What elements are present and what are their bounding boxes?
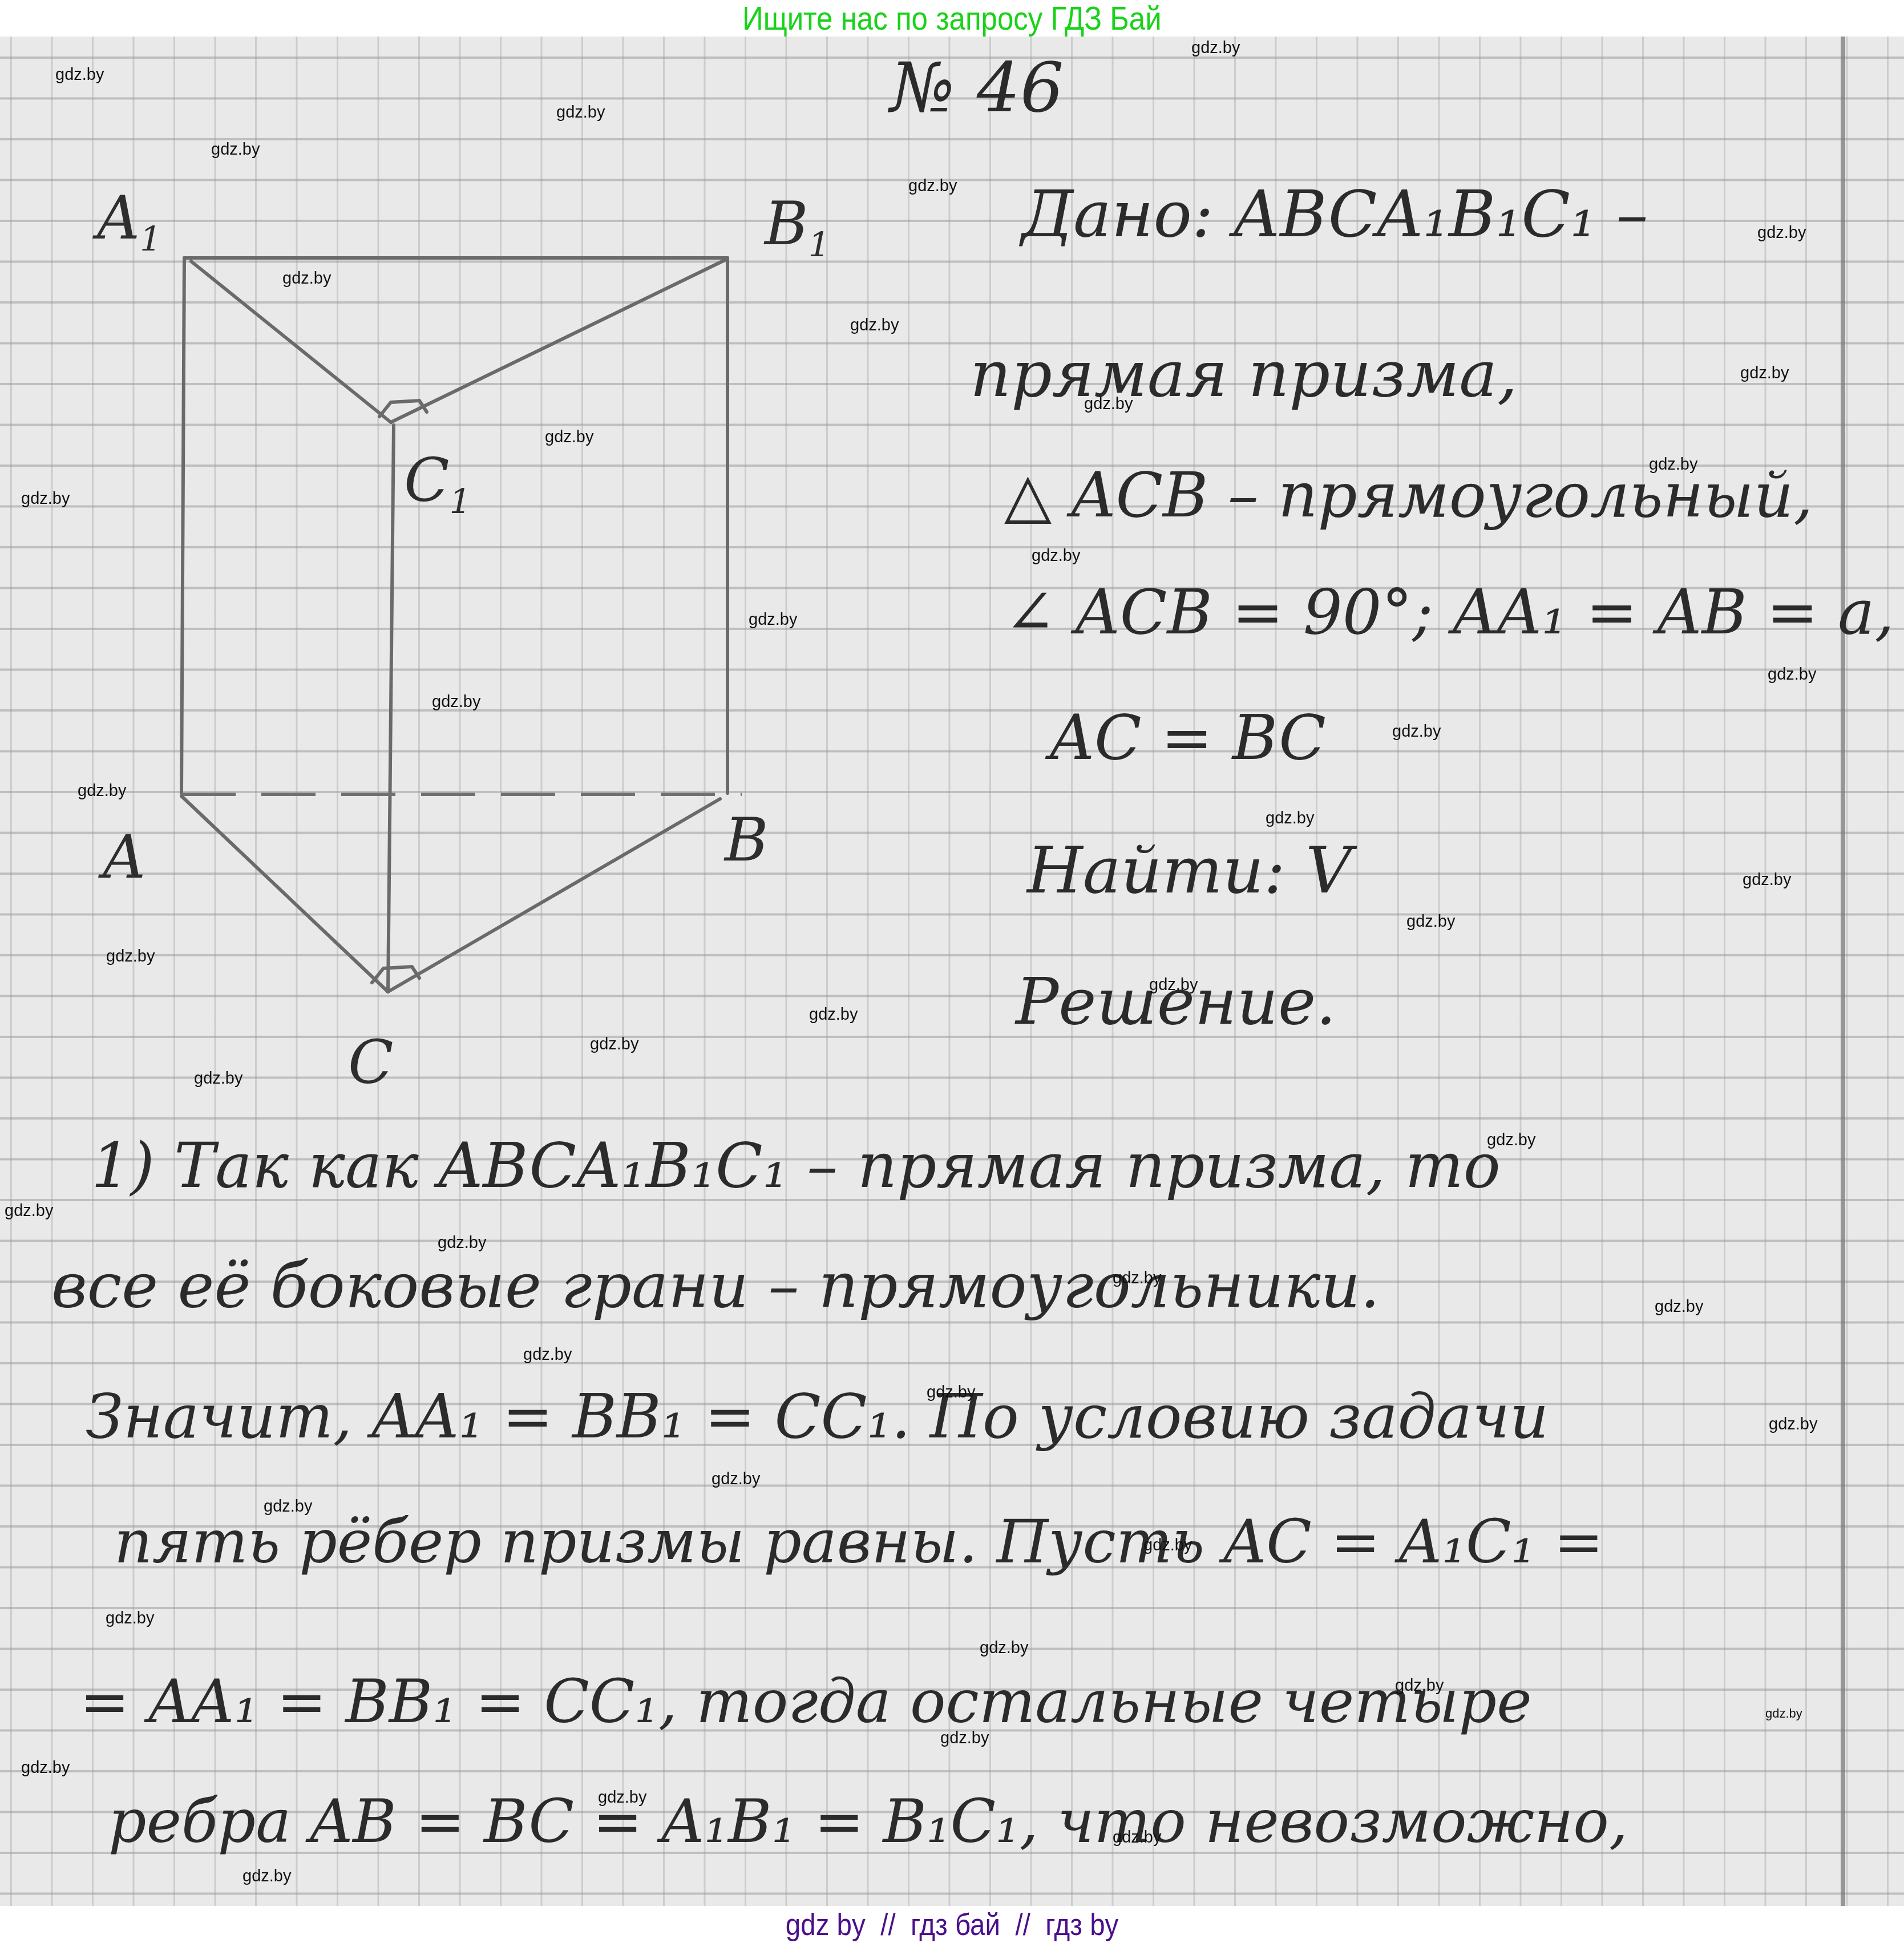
watermark: gdz.by (264, 1498, 312, 1515)
watermark: gdz.by (21, 1760, 70, 1776)
watermark: gdz.by (1649, 457, 1697, 473)
watermark: gdz.by (211, 142, 260, 158)
watermark: gdz.by (749, 612, 797, 628)
solution-line-3: Значит, AA₁ = BB₁ = CC₁. По условию зада… (86, 1387, 1549, 1447)
watermark: gdz.by (106, 1610, 154, 1627)
watermark: gdz.by (598, 1790, 646, 1806)
solution-line-2: все её боковые грани – прямоугольники. (51, 1255, 1380, 1317)
watermark: gdz.by (5, 1203, 53, 1219)
watermark: gdz.by (1765, 1707, 1802, 1720)
watermark: gdz.by (242, 1868, 291, 1885)
watermark: gdz.by (712, 1471, 760, 1488)
watermark: gdz.by (523, 1347, 572, 1363)
edge-aa1 (181, 258, 184, 793)
solution-line-6: ребра AB = BC = A₁B₁ = B₁C₁, что невозмо… (108, 1792, 1628, 1851)
watermark: gdz.by (1392, 724, 1441, 740)
watermark: gdz.by (1395, 1678, 1444, 1694)
watermark: gdz.by (1757, 225, 1806, 241)
given-line-3: △ ACB – прямоугольный, (1004, 465, 1813, 527)
watermark: gdz.by (927, 1384, 975, 1401)
watermark: gdz.by (980, 1640, 1028, 1657)
watermark: gdz.by (556, 104, 605, 121)
given-line-4: ∠ ACB = 90°; AA₁ = AB = a, (1004, 582, 1894, 644)
footer-links[interactable]: gdz by // гдз бай // гдз by (786, 1907, 1119, 1942)
solution-line-5: = AA₁ = BB₁ = CC₁, тогда остальные четыр… (80, 1672, 1532, 1731)
vertex-label-a: A (103, 827, 145, 887)
watermark: gdz.by (1113, 1829, 1161, 1846)
watermark: gdz.by (1113, 1270, 1161, 1287)
watermark: gdz.by (809, 1007, 858, 1023)
watermark: gdz.by (55, 67, 104, 83)
right-angle-mark-c (372, 967, 419, 983)
watermark: gdz.by (1743, 872, 1791, 888)
given-line-2: прямая призма, (970, 342, 1518, 406)
watermark: gdz.by (1032, 548, 1080, 564)
watermark: gdz.by (438, 1235, 486, 1251)
watermark: gdz.by (1266, 810, 1314, 827)
vertex-label-b1: B1 (765, 194, 830, 262)
watermark: gdz.by (1655, 1299, 1703, 1315)
site-footer: gdz by // гдз бай // гдз by (0, 1906, 1904, 1943)
vertex-label-c: C (348, 1033, 394, 1092)
vertex-label-a1: A1 (97, 188, 161, 257)
edge-bc (388, 799, 720, 992)
solution-line-1: 1) Так как ABCA₁B₁C₁ – прямая призма, то (91, 1136, 1501, 1197)
given-line-1: Дано: ABCA₁B₁C₁ – (1021, 183, 1648, 247)
watermark: gdz.by (850, 317, 899, 334)
prism-diagram (0, 0, 1904, 1943)
watermark: gdz.by (1768, 666, 1816, 683)
watermark: gdz.by (1769, 1416, 1817, 1433)
watermark: gdz.by (1406, 914, 1455, 930)
watermark: gdz.by (1143, 1537, 1192, 1554)
watermark: gdz.by (1084, 396, 1133, 413)
vertex-label-c1: C1 (404, 451, 471, 519)
watermark: gdz.by (21, 491, 70, 507)
watermark: gdz.by (78, 783, 126, 799)
edge-b1c1 (391, 260, 725, 422)
edge-cc1 (388, 425, 394, 992)
watermark: gdz.by (106, 948, 155, 965)
given-line-5: AC = BC (1050, 708, 1326, 769)
watermark: gdz.by (1191, 40, 1240, 56)
watermark: gdz.by (908, 178, 957, 195)
watermark: gdz.by (432, 694, 480, 710)
find-line: Найти: V (1027, 839, 1352, 903)
watermark: gdz.by (1487, 1132, 1535, 1149)
edge-ac (181, 796, 388, 992)
watermark: gdz.by (590, 1036, 638, 1053)
vertex-label-b: B (725, 810, 768, 870)
watermark: gdz.by (545, 429, 593, 446)
watermark: gdz.by (282, 270, 331, 287)
watermark: gdz.by (940, 1730, 989, 1747)
watermark: gdz.by (1740, 365, 1789, 382)
watermark: gdz.by (194, 1071, 242, 1087)
solution-line-4: пять рёбер призмы равны. Пусть AC = A₁C₁… (114, 1512, 1603, 1572)
watermark: gdz.by (1149, 977, 1198, 993)
